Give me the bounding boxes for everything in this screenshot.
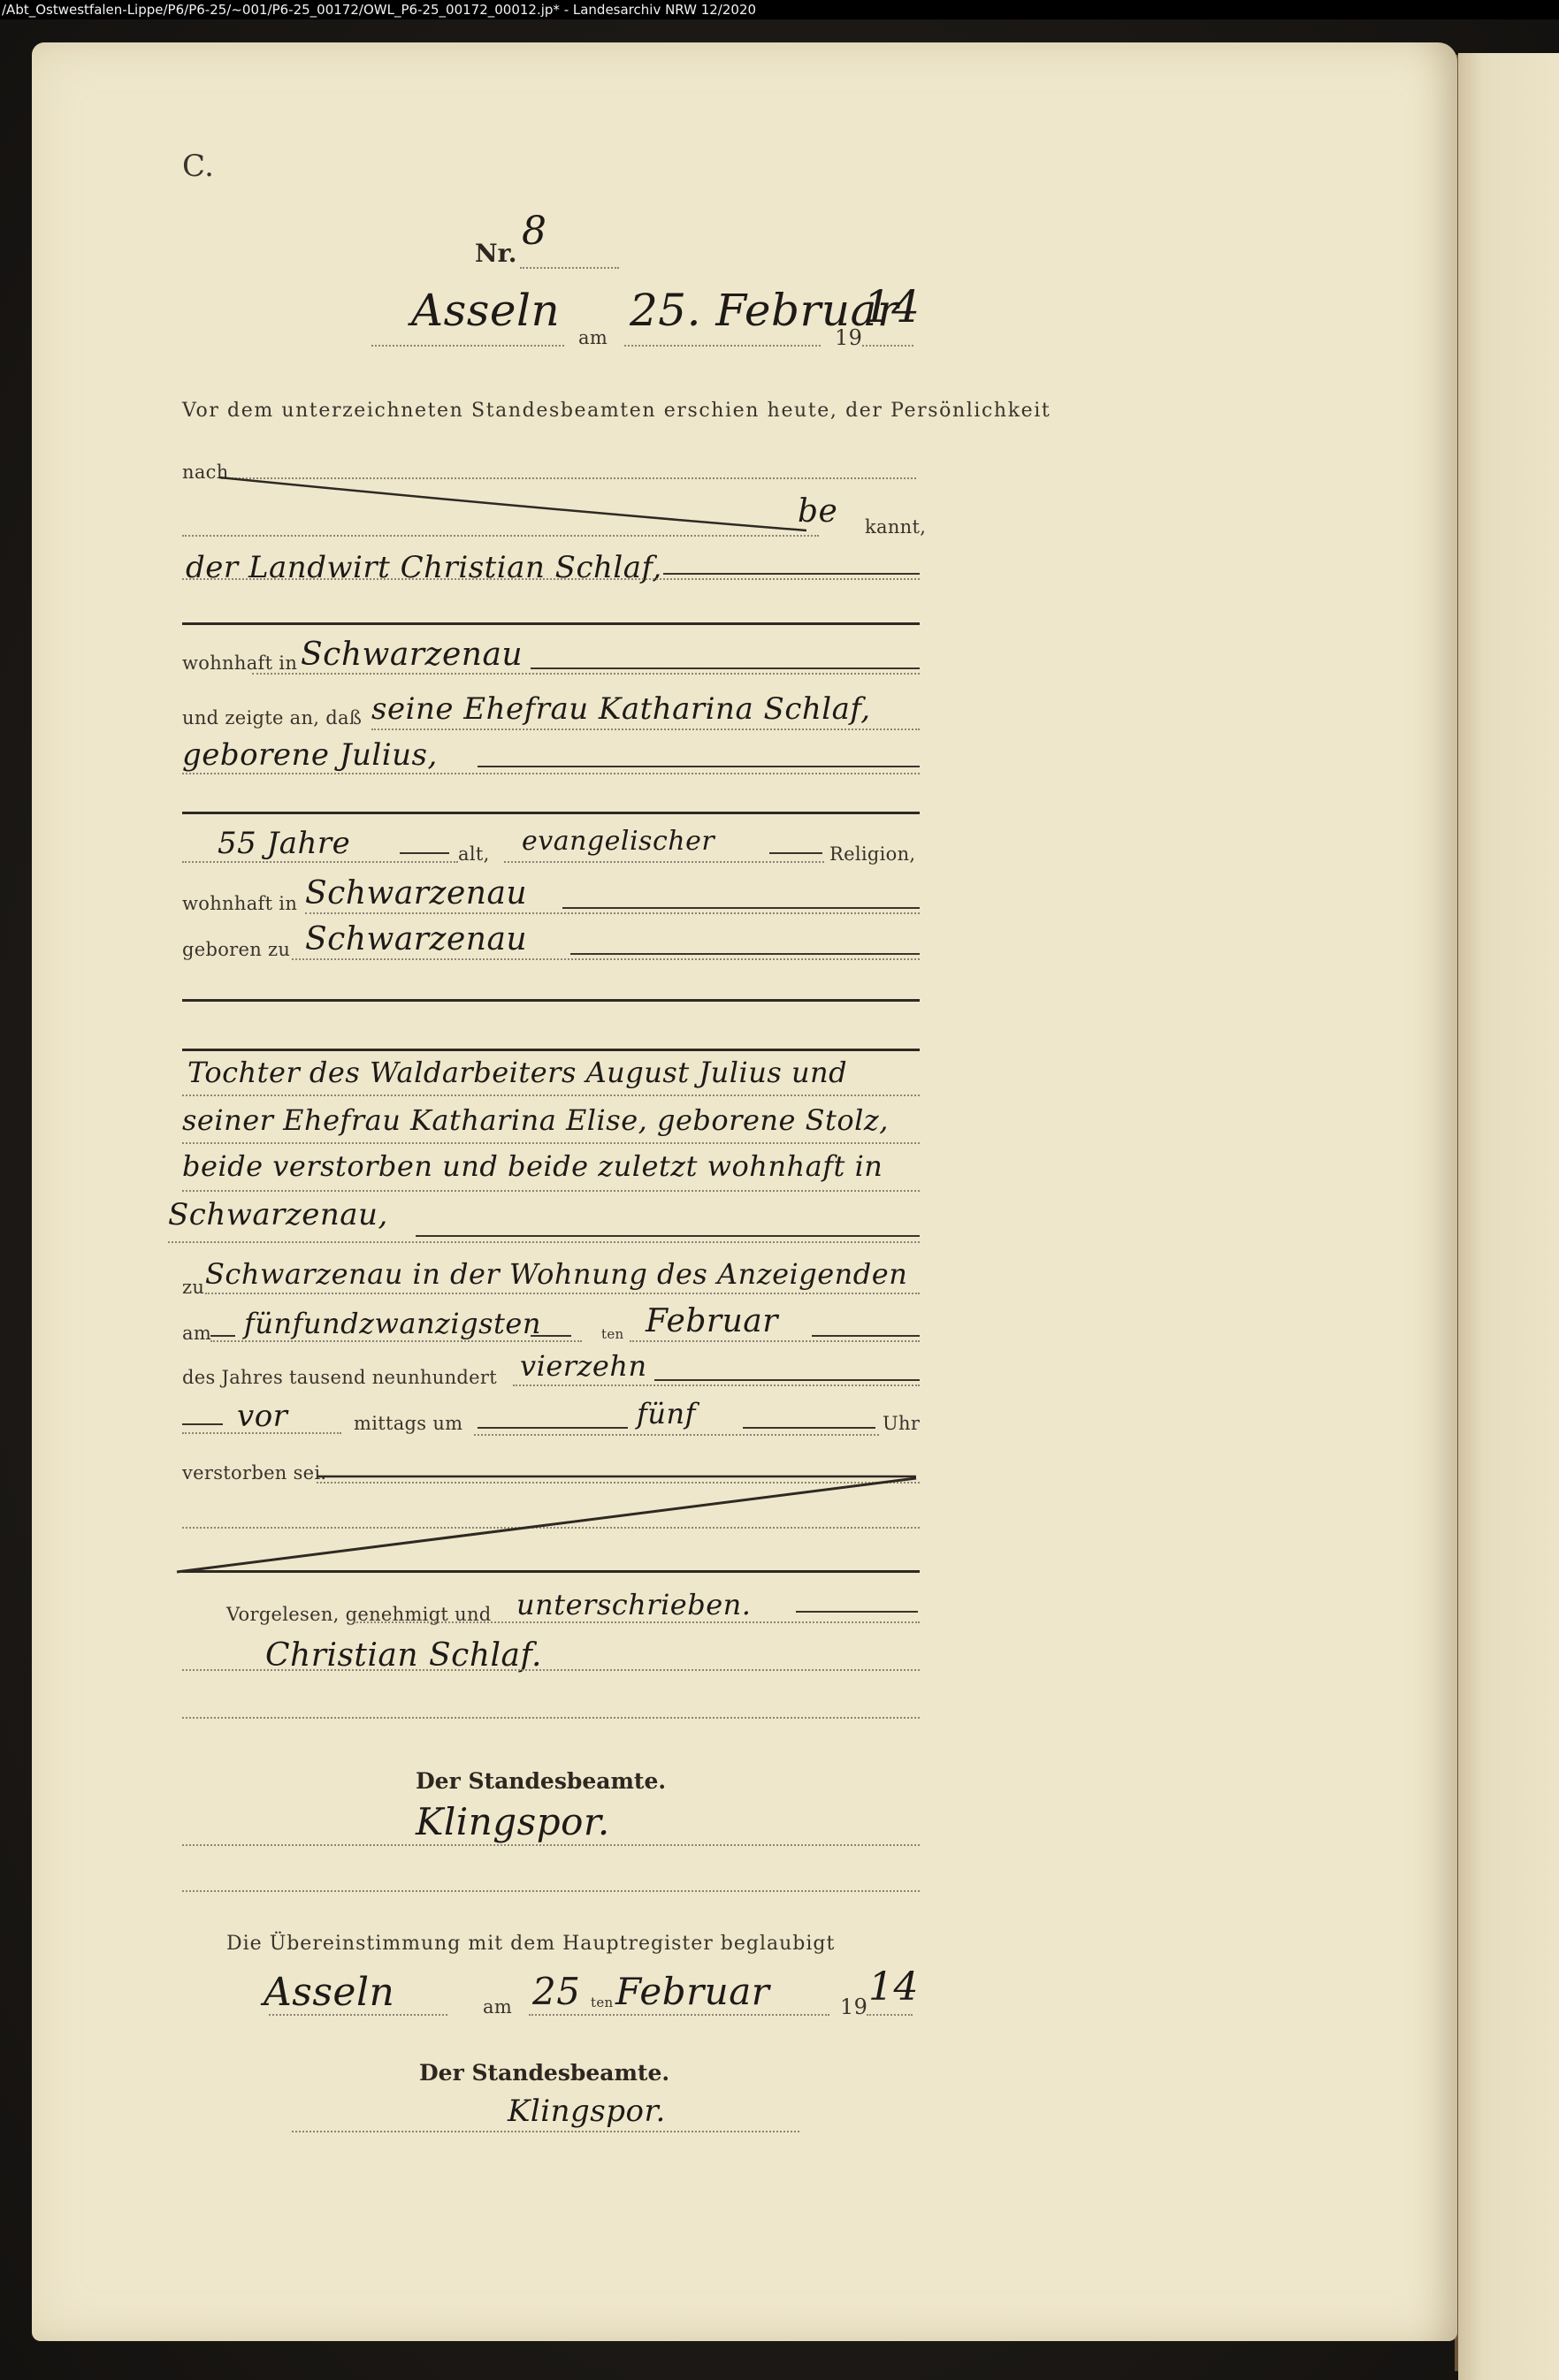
died-z-stroke — [177, 1478, 916, 1572]
death-record-form: C. Nr. 8 Asseln am 25. Februar 19 14 Vor… — [0, 0, 1559, 2380]
strikethrough-strokes — [0, 0, 1559, 2380]
nach-strike-stroke — [219, 477, 806, 530]
